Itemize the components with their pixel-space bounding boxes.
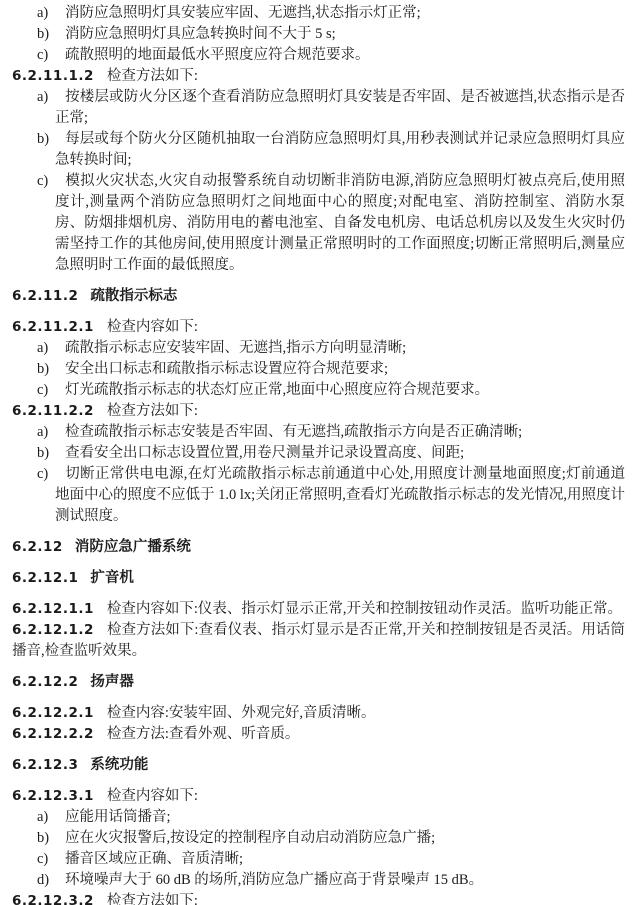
list-item-marker: b) <box>37 24 65 45</box>
list-item-marker: a) <box>37 807 65 828</box>
list-item: b)消防应急照明灯具应急转换时间不大于 5 s; <box>55 24 625 45</box>
list-item: c)灯光疏散指示标志的状态灯应正常,地面中心照度应符合规范要求。 <box>55 380 625 401</box>
list-item-marker: c) <box>37 849 65 870</box>
clause-number: 6.2.12 <box>12 539 63 555</box>
clause-text: 检查内容如下: <box>107 788 198 804</box>
clause-number: 6.2.12.1.2 <box>12 622 94 638</box>
list-item-marker: a) <box>37 422 65 443</box>
list-item-text: 灯光疏散指示标志的状态灯应正常,地面中心照度应符合规范要求。 <box>65 382 489 398</box>
clause-paragraph: 6.2.11.2.1检查内容如下: <box>12 317 625 338</box>
clause-number: 6.2.12.3.1 <box>12 788 94 804</box>
clause-text: 检查方法如下: <box>107 893 198 905</box>
list-item-text: 按楼层或防火分区逐个查看消防应急照明灯具安装是否牢固、是否被遮挡,状态指示是否正… <box>55 89 625 126</box>
clause-text: 检查方法:查看外观、听音质。 <box>107 726 300 742</box>
clause-number: 6.2.11.2.1 <box>12 319 94 335</box>
list-item-marker: d) <box>37 870 65 891</box>
list-item-text: 安全出口标志和疏散指示标志设置应符合规范要求; <box>65 361 388 377</box>
list-item: b)应在火灾报警后,按设定的控制程序自动启动消防应急广播; <box>55 828 625 849</box>
list-item-marker: a) <box>37 3 65 24</box>
heading-title: 系统功能 <box>90 757 148 773</box>
list-item-marker: c) <box>37 45 65 66</box>
clause-number: 6.2.12.3 <box>12 757 78 773</box>
clause-paragraph: 6.2.12.2.1检查内容:安装牢固、外观完好,音质清晰。 <box>12 703 625 724</box>
list-item-text: 检查疏散指示标志安装是否牢固、有无遮挡,疏散指示方向是否正确清晰; <box>65 424 522 440</box>
clause-number: 6.2.12.1.1 <box>12 601 94 617</box>
clause-paragraph: 6.2.12.2.2检查方法:查看外观、听音质。 <box>12 724 625 745</box>
section-heading: 6.2.12.3系统功能 <box>12 755 625 776</box>
clause-paragraph: 6.2.12.3.2检查方法如下: <box>12 891 625 905</box>
list-item: a)疏散指示标志应安装牢固、无遮挡,指示方向明显清晰; <box>55 338 625 359</box>
clause-paragraph: 6.2.12.1.1检查内容如下:仪表、指示灯显示正常,开关和控制按钮动作灵活。… <box>12 599 625 620</box>
list-item: a)应能用话筒播音; <box>55 807 625 828</box>
list-item-marker: b) <box>37 443 65 464</box>
list-item: d)环境噪声大于 60 dB 的场所,消防应急广播应高于背景噪声 15 dB。 <box>55 870 625 891</box>
list-item: c)疏散照明的地面最低水平照度应符合规范要求。 <box>55 45 625 66</box>
clause-number: 6.2.12.2 <box>12 674 78 690</box>
list-item-marker: b) <box>37 828 65 849</box>
clause-paragraph: 6.2.11.1.2检查方法如下: <box>12 66 625 87</box>
list-item-text: 查看安全出口标志设置位置,用卷尺测量并记录设置高度、间距; <box>65 445 464 461</box>
clause-text: 检查内容如下: <box>107 319 198 335</box>
list-item: a)检查疏散指示标志安装是否牢固、有无遮挡,疏散指示方向是否正确清晰; <box>55 422 625 443</box>
list-item-marker: b) <box>37 359 65 380</box>
heading-title: 扩音机 <box>90 570 134 586</box>
list-item-text: 应在火灾报警后,按设定的控制程序自动启动消防应急广播; <box>65 830 435 846</box>
list-item: b)每层或每个防火分区随机抽取一台消防应急照明灯具,用秒表测试并记录应急照明灯具… <box>55 129 625 171</box>
clause-number: 6.2.12.2.2 <box>12 726 94 742</box>
heading-title: 消防应急广播系统 <box>75 539 191 555</box>
list-item-marker: c) <box>37 380 65 401</box>
clause-text: 检查方法如下: <box>107 403 198 419</box>
list-item-text: 应能用话筒播音; <box>65 809 171 825</box>
clause-paragraph: 6.2.12.3.1检查内容如下: <box>12 786 625 807</box>
clause-text: 检查方法如下:查看仪表、指示灯显示是否正常,开关和控制按钮是否灵活。用话筒播音,… <box>12 622 625 659</box>
clause-paragraph: 6.2.12.1.2检查方法如下:查看仪表、指示灯显示是否正常,开关和控制按钮是… <box>12 620 625 662</box>
list-item-text: 切断正常供电电源,在灯光疏散指示标志前通道中心处,用照度计测量地面照度;灯前通道… <box>55 466 625 524</box>
list-item-text: 消防应急照明灯具应急转换时间不大于 5 s; <box>65 26 336 42</box>
section-heading: 6.2.12.1扩音机 <box>12 568 625 589</box>
list-item: c)切断正常供电电源,在灯光疏散指示标志前通道中心处,用照度计测量地面照度;灯前… <box>55 464 625 527</box>
list-item: b)安全出口标志和疏散指示标志设置应符合规范要求; <box>55 359 625 380</box>
list-item-text: 消防应急照明灯具安装应牢固、无遮挡,状态指示灯正常; <box>65 5 421 21</box>
list-item-text: 疏散照明的地面最低水平照度应符合规范要求。 <box>65 47 370 63</box>
clause-number: 6.2.11.2 <box>12 288 78 304</box>
list-item: a)按楼层或防火分区逐个查看消防应急照明灯具安装是否牢固、是否被遮挡,状态指示是… <box>55 87 625 129</box>
list-item-marker: a) <box>37 87 65 108</box>
clause-number: 6.2.11.1.2 <box>12 68 94 84</box>
clause-number: 6.2.11.2.2 <box>12 403 94 419</box>
list-item: c)模拟火灾状态,火灾自动报警系统自动切断非消防电源,消防应急照明灯被点亮后,使… <box>55 171 625 276</box>
list-item-marker: a) <box>37 338 65 359</box>
list-item: c)播音区域应正确、音质清晰; <box>55 849 625 870</box>
list-item-text: 环境噪声大于 60 dB 的场所,消防应急广播应高于背景噪声 15 dB。 <box>65 872 483 888</box>
section-heading: 6.2.12.2扬声器 <box>12 672 625 693</box>
clause-text: 检查内容如下:仪表、指示灯显示正常,开关和控制按钮动作灵活。监听功能正常。 <box>107 601 622 617</box>
document-page: a)消防应急照明灯具安装应牢固、无遮挡,状态指示灯正常;b)消防应急照明灯具应急… <box>0 0 635 905</box>
clause-number: 6.2.12.1 <box>12 570 78 586</box>
list-item-text: 每层或每个防火分区随机抽取一台消防应急照明灯具,用秒表测试并记录应急照明灯具应急… <box>55 131 625 168</box>
list-item-text: 播音区域应正确、音质清晰; <box>65 851 243 867</box>
section-heading: 6.2.12消防应急广播系统 <box>12 537 625 558</box>
clause-number: 6.2.12.3.2 <box>12 893 94 905</box>
clause-number: 6.2.12.2.1 <box>12 705 94 721</box>
list-item-marker: c) <box>37 171 65 192</box>
heading-title: 扬声器 <box>90 674 134 690</box>
list-item-text: 模拟火灾状态,火灾自动报警系统自动切断非消防电源,消防应急照明灯被点亮后,使用照… <box>55 173 625 273</box>
list-item-marker: c) <box>37 464 65 485</box>
list-item-marker: b) <box>37 129 65 150</box>
clause-text: 检查内容:安装牢固、外观完好,音质清晰。 <box>107 705 376 721</box>
clause-paragraph: 6.2.11.2.2检查方法如下: <box>12 401 625 422</box>
clause-text: 检查方法如下: <box>107 68 198 84</box>
list-item-text: 疏散指示标志应安装牢固、无遮挡,指示方向明显清晰; <box>65 340 406 356</box>
section-heading: 6.2.11.2疏散指示标志 <box>12 286 625 307</box>
list-item: b)查看安全出口标志设置位置,用卷尺测量并记录设置高度、间距; <box>55 443 625 464</box>
list-item: a)消防应急照明灯具安装应牢固、无遮挡,状态指示灯正常; <box>55 3 625 24</box>
heading-title: 疏散指示标志 <box>90 288 177 304</box>
